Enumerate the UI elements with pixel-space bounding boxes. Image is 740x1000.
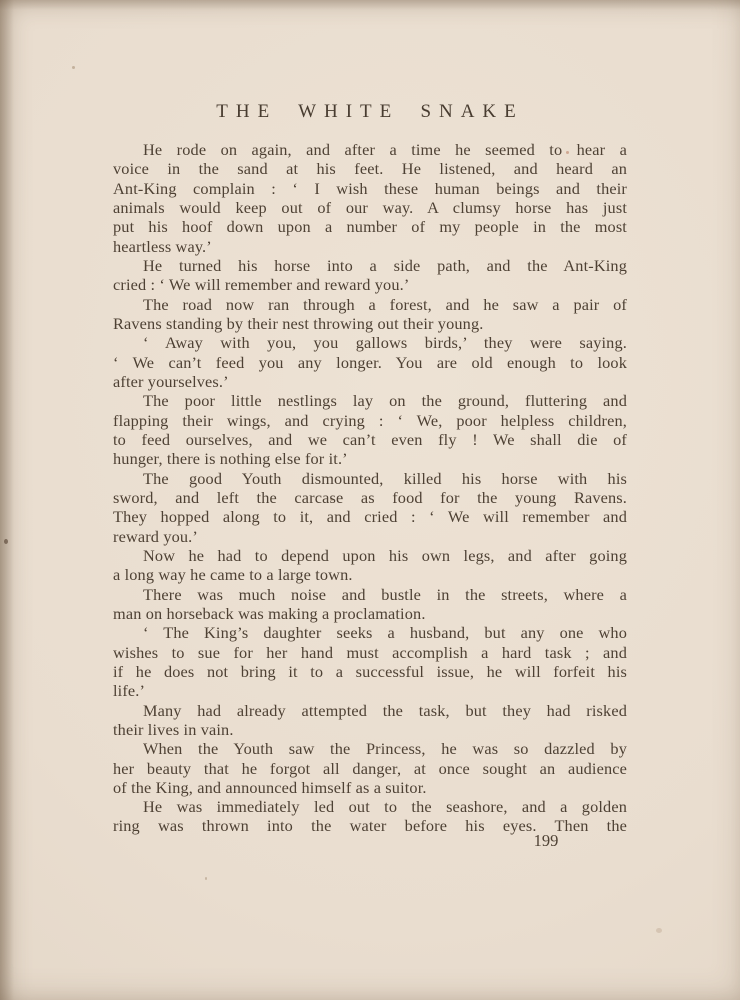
text-line: animals would keep out of our way. A clu… [113,198,627,217]
text-line: Ant-King complain : ‘ I wish these human… [113,179,627,198]
text-line: ‘ We can’t feed you any longer. You are … [113,353,627,372]
text-line: a long way he came to a large town. [113,565,627,584]
paper-speck [72,66,75,69]
text-line: heartless way.’ [113,237,627,256]
text-line: hunger, there is nothing else for it.’ [113,449,627,468]
book-page: THE WHITE SNAKE He rode on again, and af… [0,0,740,1000]
page-edge-shadow-left [0,0,14,1000]
text-line: He rode on again, and after a time he se… [113,140,627,159]
paragraph: The road now ran through a forest, and h… [113,295,627,334]
paper-speck [4,539,8,544]
page-number: 199 [516,831,576,851]
paragraph: The good Youth dismounted, killed his ho… [113,469,627,546]
paragraph: When the Youth saw the Princess, he was … [113,739,627,797]
text-line: ‘ The King’s daughter seeks a husband, b… [113,623,627,642]
paper-speck [205,877,207,880]
text-line: When the Youth saw the Princess, he was … [113,739,627,758]
paper-speck [656,928,662,933]
text-block: THE WHITE SNAKE He rode on again, and af… [113,101,627,836]
paragraph: There was much noise and bustle in the s… [113,585,627,624]
paragraph: ‘ Away with you, you gallows birds,’ the… [113,333,627,391]
text-line: They hopped along to it, and cried : ‘ W… [113,507,627,526]
text-line: of the King, and announced himself as a … [113,778,627,797]
paragraph: The poor little nestlings lay on the gro… [113,391,627,468]
page-title: THE WHITE SNAKE [113,101,627,123]
text-line: Now he had to depend upon his own legs, … [113,546,627,565]
text-line: life.’ [113,681,627,700]
text-line: to feed ourselves, and we can’t even fly… [113,430,627,449]
text-line: wishes to sue for her hand must accompli… [113,643,627,662]
paragraph: He turned his horse into a side path, an… [113,256,627,295]
paragraph: He was immediately led out to the seasho… [113,797,627,836]
text-line: The good Youth dismounted, killed his ho… [113,469,627,488]
text-line: voice in the sand at his feet. He listen… [113,159,627,178]
paragraph: He rode on again, and after a time he se… [113,140,627,256]
paragraph: Many had already attempted the task, but… [113,701,627,740]
page-edge-shadow-top [0,0,740,10]
text-line: There was much noise and bustle in the s… [113,585,627,604]
paragraph: Now he had to depend upon his own legs, … [113,546,627,585]
text-line: if he does not bring it to a successful … [113,662,627,681]
text-line: after yourselves.’ [113,372,627,391]
text-line: ‘ Away with you, you gallows birds,’ the… [113,333,627,352]
text-line: reward you.’ [113,527,627,546]
text-line: flapping their wings, and crying : ‘ We,… [113,411,627,430]
text-body: He rode on again, and after a time he se… [113,140,627,836]
text-line: man on horseback was making a proclamati… [113,604,627,623]
text-line: cried : ‘ We will remember and reward yo… [113,275,627,294]
text-line: He turned his horse into a side path, an… [113,256,627,275]
text-line: their lives in vain. [113,720,627,739]
text-line: He was immediately led out to the seasho… [113,797,627,816]
text-line: Ravens standing by their nest throwing o… [113,314,627,333]
text-line: Many had already attempted the task, but… [113,701,627,720]
text-line: sword, and left the carcase as food for … [113,488,627,507]
text-line: put his hoof down upon a number of my pe… [113,217,627,236]
text-line: The road now ran through a forest, and h… [113,295,627,314]
text-line: her beauty that he forgot all danger, at… [113,759,627,778]
text-line: The poor little nestlings lay on the gro… [113,391,627,410]
paragraph: ‘ The King’s daughter seeks a husband, b… [113,623,627,700]
